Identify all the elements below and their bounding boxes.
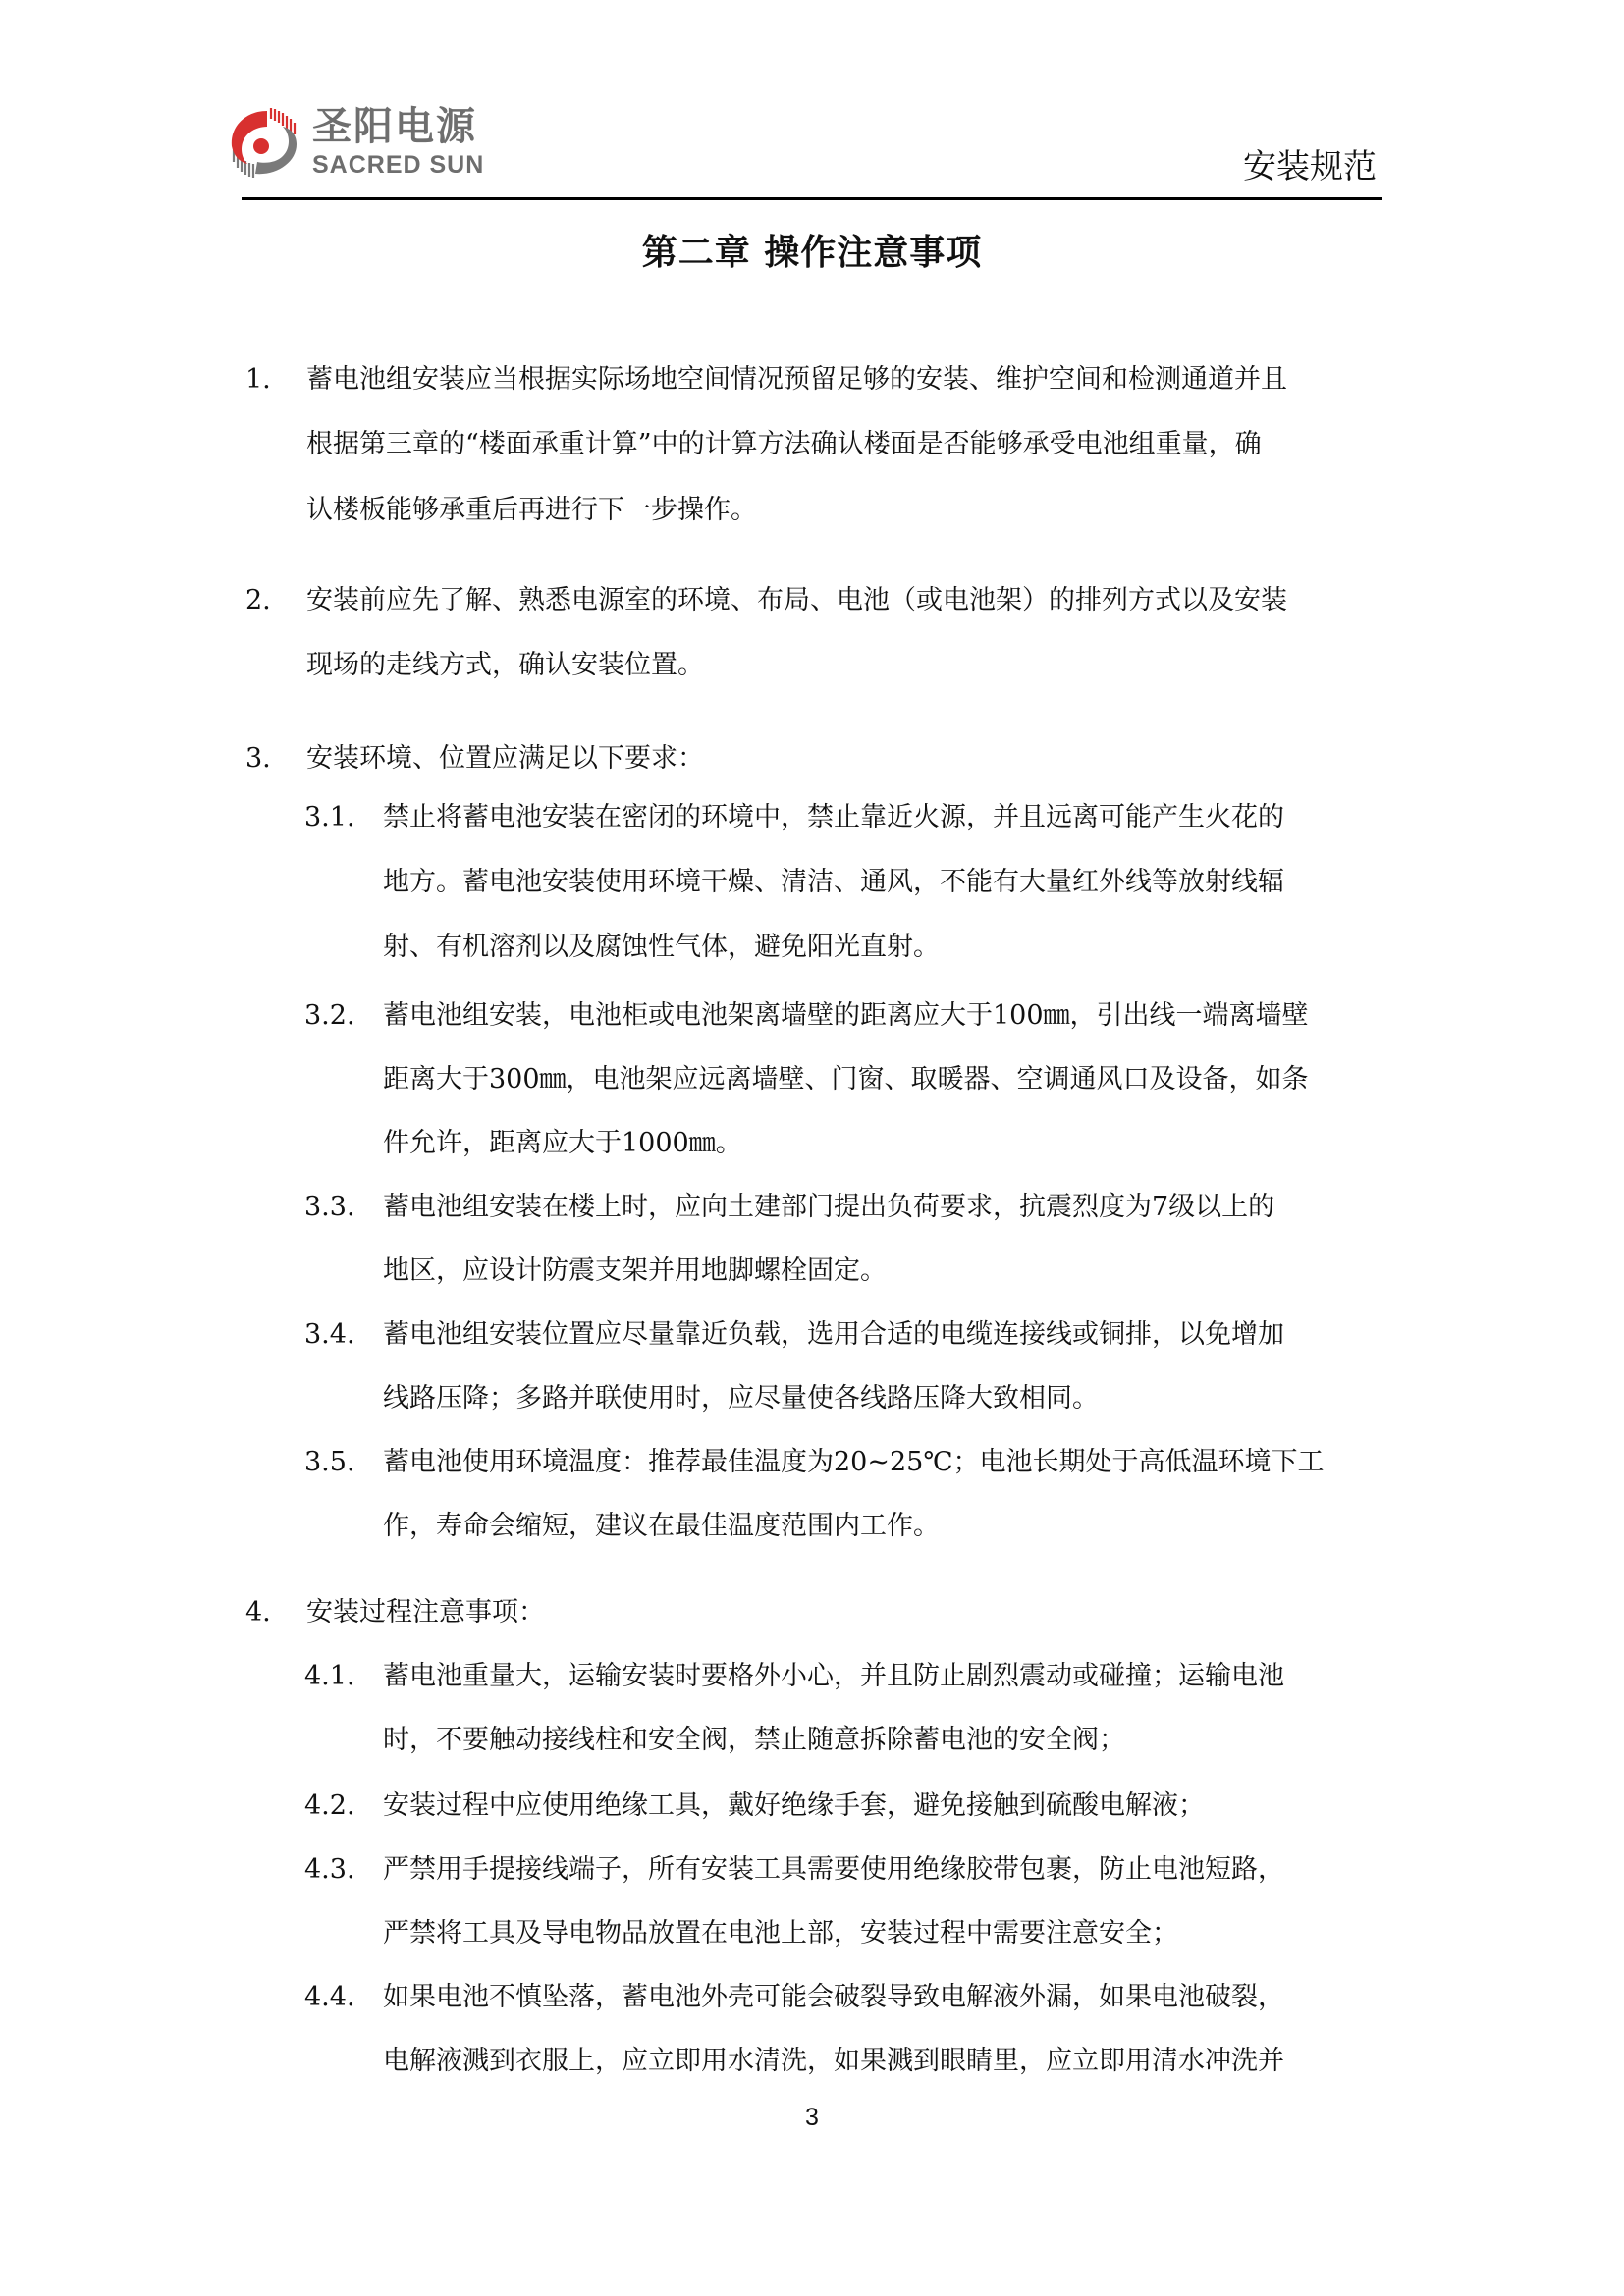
subitem-text-line: 地区，应设计防震支架并用地脚螺栓固定。	[383, 1255, 887, 1288]
logo-name-en: SACRED SUN	[312, 151, 484, 179]
subitem-text-line: 电解液溅到衣服上，应立即用水清洗，如果溅到眼睛里，应立即用清水冲洗并	[383, 2045, 1284, 2078]
item-text-line: 蓄电池组安装应当根据实际场地空间情况预留足够的安装、维护空间和检测通道并且	[306, 363, 1287, 397]
subitem-text-line: 蓄电池重量大，运输安装时要格外小心，并且防止剧烈震动或碰撞；运输电池	[383, 1660, 1284, 1693]
subitem-text-line: 蓄电池组安装，电池柜或电池架离墙壁的距离应大于100㎜，引出线一端离墙壁	[383, 999, 1309, 1033]
subitem-text-line: 蓄电池组安装位置应尽量靠近负载，选用合适的电缆连接线或铜排，以免增加	[383, 1318, 1284, 1352]
item-text-line: 现场的走线方式，确认安装位置。	[306, 649, 704, 682]
item-number: 1.	[245, 363, 271, 397]
item-text-line: 安装过程注意事项：	[306, 1596, 545, 1629]
company-logo: 圣阳电源 SACRED SUN	[226, 102, 511, 183]
subitem-text-line: 时，不要触动接线柱和安全阀，禁止随意拆除蓄电池的安全阀；	[383, 1724, 1125, 1757]
item-text-line: 认楼板能够承重后再进行下一步操作。	[306, 494, 757, 527]
page-number: 3	[0, 2103, 1624, 2132]
subitem-number: 3.2.	[304, 999, 355, 1033]
item-number: 4.	[245, 1596, 271, 1629]
subitem-text-line: 蓄电池使用环境温度：推荐最佳温度为20~25℃；电池长期处于高低温环境下工	[383, 1446, 1325, 1479]
subitem-number: 4.4.	[304, 1981, 355, 2014]
item-number: 3.	[245, 742, 271, 775]
subitem-number: 4.3.	[304, 1853, 355, 1887]
subitem-text-line: 地方。蓄电池安装使用环境干燥、清洁、通风，不能有大量红外线等放射线辐	[383, 866, 1284, 899]
subitem-number: 3.3.	[304, 1191, 355, 1224]
subitem-text-line: 线路压降；多路并联使用时，应尽量使各线路压降大致相同。	[383, 1382, 1099, 1415]
item-text-line: 安装环境、位置应满足以下要求：	[306, 742, 704, 775]
subitem-text-line: 如果电池不慎坠落，蓄电池外壳可能会破裂导致电解液外漏，如果电池破裂，	[383, 1981, 1284, 2014]
subitem-number: 4.2.	[304, 1789, 355, 1823]
subitem-text-line: 件允许，距离应大于1000㎜。	[383, 1127, 742, 1160]
subitem-text-line: 严禁将工具及导电物品放置在电池上部，安装过程中需要注意安全；	[383, 1917, 1178, 1950]
section-label: 安装规范	[1243, 147, 1377, 187]
subitem-text-line: 蓄电池组安装在楼上时，应向土建部门提出负荷要求，抗震烈度为7级以上的	[383, 1191, 1274, 1224]
subitem-text-line: 距离大于300㎜，电池架应远离墙壁、门窗、取暖器、空调通风口及设备，如条	[383, 1063, 1309, 1096]
logo-name-cn: 圣阳电源	[312, 104, 477, 149]
subitem-text-line: 作，寿命会缩短，建议在最佳温度范围内工作。	[383, 1510, 940, 1543]
chapter-title: 第二章 操作注意事项	[0, 232, 1624, 275]
subitem-text-line: 射、有机溶剂以及腐蚀性气体，避免阳光直射。	[383, 931, 940, 964]
subitem-number: 3.4.	[304, 1318, 355, 1352]
item-text-line: 安装前应先了解、熟悉电源室的环境、布局、电池（或电池架）的排列方式以及安装	[306, 584, 1287, 617]
item-number: 2.	[245, 584, 271, 617]
subitem-number: 3.5.	[304, 1446, 355, 1479]
sacred-sun-logo-icon	[228, 105, 302, 180]
subitem-number: 3.1.	[304, 801, 355, 834]
subitem-text-line: 安装过程中应使用绝缘工具，戴好绝缘手套，避免接触到硫酸电解液；	[383, 1789, 1205, 1823]
subitem-number: 4.1.	[304, 1660, 355, 1693]
item-text-line: 根据第三章的“楼面承重计算”中的计算方法确认楼面是否能够承受电池组重量，确	[306, 428, 1262, 461]
subitem-text-line: 严禁用手提接线端子，所有安装工具需要使用绝缘胶带包裹，防止电池短路，	[383, 1853, 1284, 1887]
header-divider	[242, 197, 1382, 200]
subitem-text-line: 禁止将蓄电池安装在密闭的环境中，禁止靠近火源，并且远离可能产生火花的	[383, 801, 1284, 834]
